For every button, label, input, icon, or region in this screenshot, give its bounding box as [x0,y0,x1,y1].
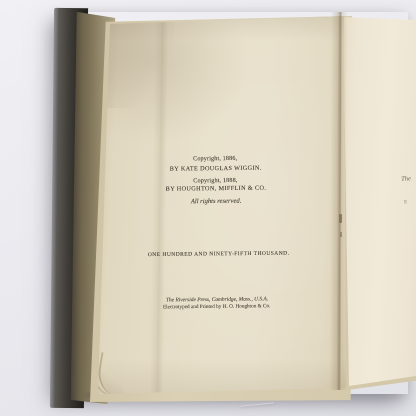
copyright-line-author-year: Copyright, 1886, [95,152,335,166]
binding-glue-speck [339,214,342,223]
copyright-line-author-name: BY KATE DOUGLAS WIGGIN. [96,162,336,176]
page-corner-curl [95,352,129,398]
imprint-press-line: The Riverside Press, Cambridge, Mass., U… [97,293,337,306]
rights-notice-text: All rights reserved. [191,197,242,205]
rights-notice: All rights reserved. [96,194,336,209]
copyright-text-block: Copyright, 1886, BY KATE DOUGLAS WIGGIN.… [94,13,338,397]
copyright-line-author-year-text: Copyright, 1886, [193,155,237,163]
binding-gutter-shadow [329,12,350,390]
vintage-book-photo: The E Copyright, 1886, BY KATE DOUGLAS W… [0,0,416,416]
copyright-line-author-name-text: BY KATE DOUGLAS WIGGIN. [170,165,262,173]
copyright-line-publisher-name-text: BY HOUGHTON, MIFFLIN & CO. [165,185,266,193]
facing-page-text-fragment-2: E [404,199,407,205]
copyright-line-publisher-name: BY HOUGHTON, MIFFLIN & CO. [96,182,336,196]
imprint-printer-line: Electrotyped and Printed by H. O. Hought… [97,300,337,313]
printing-edition-line: ONE HUNDRED AND NINETY-FIFTH THOUSAND. [96,248,336,261]
backdrop-crease [240,402,274,407]
page-top-corner-shading [102,16,174,108]
copyright-line-publisher-year-text: Copyright, 1888, [194,177,238,185]
imprint-printer-text: Electrotyped and Printed by H. O. Hought… [163,303,270,310]
printing-edition-text: ONE HUNDRED AND NINETY-FIFTH THOUSAND. [148,251,290,259]
copyright-line-publisher-year: Copyright, 1888, [96,174,336,188]
copyright-page: Copyright, 1886, BY KATE DOUGLAS WIGGIN.… [96,14,348,396]
facing-page: The E [340,12,416,392]
imprint-press-text: The Riverside Press, Cambridge, Mass., U… [166,296,268,303]
binding-glue-speck [340,232,342,237]
page-crease [149,14,168,396]
facing-page-text-fragment-1: The [401,174,411,182]
